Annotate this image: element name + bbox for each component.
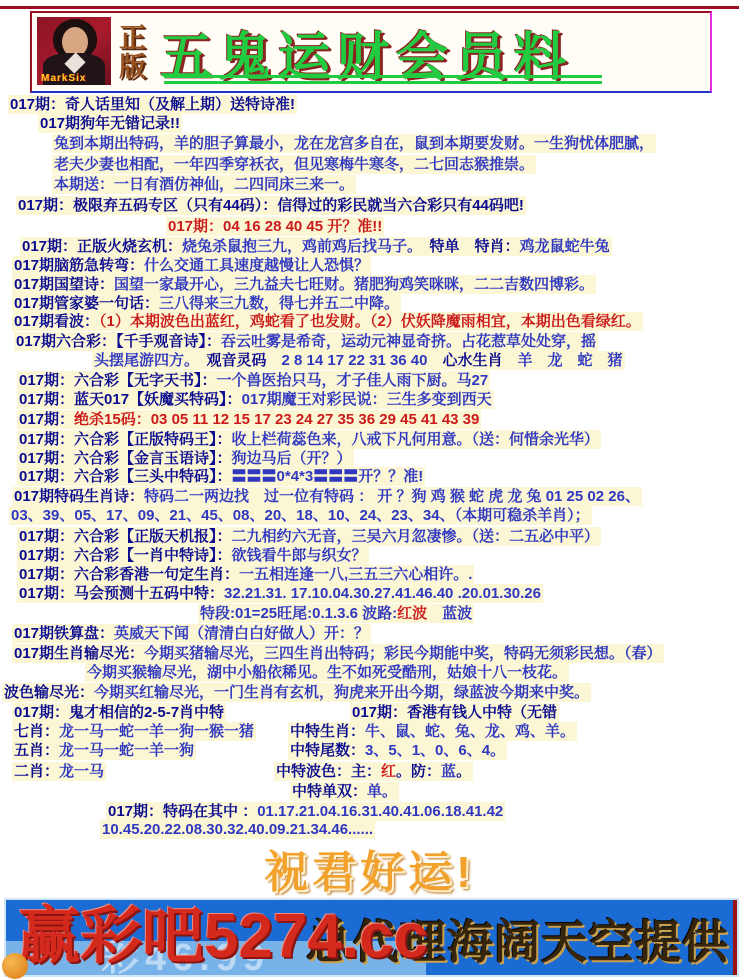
text-segment: 英威天下闻（清清白白好做人）开：？ (114, 625, 369, 642)
tips-text-block: 017期：奇人话里知（及解上期）送特诗准!017期狗年无错记录!!兔到本期出特码… (0, 0, 739, 979)
text-segment: 牛、鼠、蛇、兔、龙、鸡、羊。 (365, 723, 575, 740)
text-segment: 32.21.31. 17.10.04.30.27.41.46.40 .20.01… (224, 585, 541, 602)
text-segment: 017期：特码在其中 ： (108, 803, 257, 820)
text-segment: 欲钱看牛郎与织女？ (232, 547, 367, 564)
text-line: 017期特码生肖诗：特码二一两边找 过一位有特码 ： 开 ？狗 鸡 猴 蛇 虎 … (0, 487, 739, 507)
text-line: 017期：六合彩香港一句定生肖：一五相连逢一八,三五三六心相许。. (0, 565, 739, 585)
text-run: 017期：鬼才相信的2-5-7肖中特 (12, 703, 226, 722)
scanned-lottery-sheet: MarkSix 正版 五鬼运财会员料 017期：奇人话里知（及解上期）送特诗准!… (0, 0, 739, 979)
text-segment: 狗边马后（开？） (232, 450, 352, 467)
text-segment: 01.17.21.04.16.31.40.41.06.18.41.42 (257, 803, 503, 820)
text-segment: 。防： (396, 763, 441, 780)
text-segment: 头摆尾游四方。 (94, 352, 192, 369)
text-segment: 中特波色：主： (276, 763, 381, 780)
text-line: 头摆尾游四方。 观音灵码 2 8 14 17 22 31 36 40 心水生肖 … (0, 351, 739, 371)
text-run: 017期国望诗：国望一家最开心，三九益夫七旺财。猪肥狗鸡笑咪咪，二二吉数四博彩。 (12, 275, 596, 294)
text-run: 老夫少妻也相配，一年四季穿袄衣，但见寒梅牛寒冬，二七回志猴推崇。 (52, 155, 536, 174)
text-run: 兔到本期出特码，羊的胆子算最小，龙在龙宫多自在，鼠到本期要发财。一生狗忧体肥腻， (52, 134, 656, 153)
text-segment: 七肖： (14, 723, 59, 740)
text-segment: 017期：马会预测十五码中特： (19, 585, 224, 602)
text-run: 03、39、05、17、09、21、45、08、20、18、10、24、23、3… (9, 506, 592, 525)
banner-logo-fragment (2, 953, 28, 979)
bottom-banner: 彩46.99 总代理海阔天空提供 赢彩吧5274.cc (6, 900, 737, 975)
text-segment: 本期送：一日有酒仿神仙，二四同床三来一。 (54, 176, 354, 193)
text-line: 017期：六合彩【无字天书】：一个兽医抬只马，才子佳人雨下厨。马27 (0, 371, 739, 391)
text-segment: 老夫少妻也相配，一年四季穿袄衣，但见寒梅牛寒冬，二七回志猴推崇。 (54, 156, 534, 173)
text-line: 017期：绝杀15码：03 05 11 12 15 17 23 24 27 35… (0, 410, 739, 430)
text-run: 017期：六合彩【正版特码王】：收上栏荷蕊色来，八戒下凡何用意。（送：何惜余光华… (17, 430, 601, 449)
text-line: 017期铁算盘：英威天下闻（清清白白好做人）开：？ (0, 624, 739, 644)
text-segment: 中特生肖： (290, 723, 365, 740)
text-line: 兔到本期出特码，羊的胆子算最小，龙在龙宫多自在，鼠到本期要发财。一生狗忧体肥腻， (0, 134, 739, 154)
text-segment: 中特尾数： (290, 742, 365, 759)
text-segment: 。 (456, 763, 471, 780)
text-segment: 今期买猴输尽光，湖中小船依稀见。生不如死受酷刑，姑娘十八一枝花。 (87, 664, 567, 681)
text-run: 017期：极限弃五码专区（只有44码）：信得过的彩民就当六合彩只有44码吧! (16, 196, 526, 215)
text-segment: 二肖： (14, 763, 59, 780)
text-run: 中特单双：单。 (290, 782, 399, 801)
text-line: 017期：蓝天017【妖魔买特码】：017期魔王对彩民说：三生多变到西天 (0, 390, 739, 410)
text-segment: 今期买猪输尽光，三四生肖出特码；彩民今期能中奖，特码无须彩民想。（春） (144, 645, 662, 662)
text-segment: 二九相约六无音，三吴六月忽凄惨。（送：二五必中平） (232, 528, 600, 545)
text-segment: 龙一马一蛇一羊一狗 (59, 742, 194, 759)
text-segment: 三八得来三九数，得七并五二中降。 (159, 295, 399, 312)
text-segment: 一个兽医抬只马，才子佳人雨下厨。马27 (217, 372, 489, 389)
text-segment: 017期：鬼才相信的2-5-7肖中特 (14, 704, 224, 721)
text-line: 017期管家婆一句话：三八得来三九数，得七并五二中降。 (0, 294, 739, 314)
text-run: 017期六合彩：【千手观音诗】：吞云吐雾是希奇，运动元神显奇挤。占花惹草处处穿，… (14, 332, 598, 351)
text-segment: 观音灵码 (192, 352, 282, 369)
text-segment: 龙一马一蛇一羊一狗一猴一猪 (59, 723, 254, 740)
text-run: 017期：六合彩【正版天机报】：二九相约六无音，三吴六月忽凄惨。（送：二五必中平… (17, 527, 601, 546)
text-segment: 五肖： (14, 742, 59, 759)
text-run: 七肖：龙一马一蛇一羊一狗一猴一猪 (12, 722, 256, 741)
text-segment: 017期：六合彩【正版天机报】： (19, 528, 232, 545)
text-line: 017期：六合彩【正版特码王】：收上栏荷蕊色来，八戒下凡何用意。（送：何惜余光华… (0, 430, 739, 450)
text-run: 特段:01=25旺尾:0.1.3.6 波路:红波 蓝波 (198, 604, 474, 623)
text-segment: （1）本期波色出蓝红，鸡蛇看了也发财。（2）伏妖降魔雨相宜，本期出色看绿红。 (99, 313, 641, 330)
text-segment: 017期六合彩：【千手观音诗】： (16, 333, 221, 350)
text-segment: 017期：六合彩【一肖中特诗】： (19, 547, 232, 564)
text-segment: 017期生肖输尽光： (14, 645, 144, 662)
text-segment: 中特单双： (292, 783, 367, 800)
text-segment: 羊 龙 蛇 猪 (518, 352, 623, 369)
text-line: 017期国望诗：国望一家最开心，三九益夫七旺财。猪肥狗鸡笑咪咪，二二吉数四博彩。 (0, 275, 739, 295)
text-segment: 红 (381, 763, 396, 780)
text-line: 017期六合彩：【千手观音诗】：吞云吐雾是希奇，运动元神显奇挤。占花惹草处处穿，… (0, 332, 739, 352)
text-run: 017期：奇人话里知（及解上期）送特诗准! (8, 95, 297, 114)
text-line: 本期送：一日有酒仿神仙，二四同床三来一。 (0, 175, 739, 195)
text-run: 017期管家婆一句话：三八得来三九数，得七并五二中降。 (12, 294, 401, 313)
text-run: 017期：蓝天017【妖魔买特码】：017期魔王对彩民说：三生多变到西天 (17, 390, 494, 409)
text-segment: 017期：正版火烧玄机： (22, 238, 182, 255)
text-line: 017期：极限弃五码专区（只有44码）：信得过的彩民就当六合彩只有44码吧! (0, 196, 739, 216)
text-segment: 017期：六合彩【正版特码王】： (19, 431, 232, 448)
text-line: 017期：六合彩【金言玉语诗】：狗边马后（开？） (0, 449, 739, 469)
text-segment: 蓝 (441, 763, 456, 780)
text-segment: 波色输尽光： (4, 684, 94, 701)
text-segment: 蓝波 (427, 605, 472, 622)
text-segment: 〓〓〓0*4*3〓〓〓开？？准! (232, 468, 424, 485)
text-segment: 017期管家婆一句话： (14, 295, 159, 312)
text-run: 017期：特码在其中 ：01.17.21.04.16.31.40.41.06.1… (106, 802, 505, 821)
text-segment: 017期：六合彩【金言玉语诗】： (19, 450, 232, 467)
banner-site-overlay: 赢彩吧5274.cc (18, 886, 428, 975)
text-line: 017期：六合彩【一肖中特诗】：欲钱看牛郎与织女？ (0, 546, 739, 566)
text-run: 017期：六合彩【无字天书】：一个兽医抬只马，才子佳人雨下厨。马27 (17, 371, 490, 390)
text-segment: 特段:01=25旺尾:0.1.3.6 波路: (200, 605, 397, 622)
text-segment: 2 8 14 17 22 31 36 40 (282, 352, 428, 369)
text-segment: 收上栏荷蕊色来，八戒下凡何用意。（送：何惜余光华） (232, 431, 600, 448)
text-line: 017期：奇人话里知（及解上期）送特诗准! (0, 95, 739, 115)
text-line: 017期脑筋急转弯：什么交通工具速度越慢让人恐惧？ (0, 256, 739, 276)
text-line: 017期生肖输尽光：今期买猪输尽光，三四生肖出特码；彩民今期能中奖，特码无须彩民… (0, 644, 739, 664)
text-run: 波色输尽光：今期买红输尽光，一门生肖有玄机，狗虎来开出今期，绿蓝波今期来中奖。 (2, 683, 591, 702)
text-run: 五肖：龙一马一蛇一羊一狗 (12, 741, 196, 760)
text-run: 017期看波：（1）本期波色出蓝红，鸡蛇看了也发财。（2）伏妖降魔雨相宜，本期出… (12, 312, 643, 331)
text-line: 017期：六合彩【三头中特码】：〓〓〓0*4*3〓〓〓开？？准! (0, 467, 739, 487)
text-line: 017期：马会预测十五码中特：32.21.31. 17.10.04.30.27.… (0, 584, 739, 604)
text-line: 017期：特码在其中 ：01.17.21.04.16.31.40.41.06.1… (0, 802, 739, 822)
text-line: 017期：正版火烧玄机：烧兔杀鼠抱三九，鸡前鸡后找马子。 特单 特肖：鸡龙鼠蛇牛… (0, 237, 739, 257)
text-run: 017期：04 16 28 40 45 开？准!! (166, 217, 384, 236)
text-segment: 吞云吐雾是希奇，运动元神显奇挤。占花惹草处处穿，摇 (221, 333, 596, 350)
text-segment: 鸡龙鼠蛇牛兔 (520, 238, 610, 255)
text-line: 017期看波：（1）本期波色出蓝红，鸡蛇看了也发财。（2）伏妖降魔雨相宜，本期出… (0, 312, 739, 332)
text-line: 波色输尽光：今期买红输尽光，一门生肖有玄机，狗虎来开出今期，绿蓝波今期来中奖。 (0, 683, 739, 703)
text-segment: 龙一马 (59, 763, 104, 780)
text-segment: 017期：香港有钱人中特（无错 (352, 704, 557, 721)
text-line: 七肖：龙一马一蛇一羊一狗一猴一猪中特生肖：牛、鼠、蛇、兔、龙、鸡、羊。 (0, 722, 739, 742)
text-segment: 017期狗年无错记录!! (40, 115, 180, 132)
text-segment: 绝杀15码：03 05 11 12 15 17 23 24 27 35 36 2… (74, 411, 479, 428)
text-run: 中特尾数：3、5、1、0、6、4。 (288, 741, 507, 760)
text-line: 017期：04 16 28 40 45 开？准!! (0, 217, 739, 237)
text-segment: 017期特码生肖诗： (14, 488, 144, 505)
text-line: 03、39、05、17、09、21、45、08、20、18、10、24、23、3… (0, 506, 739, 526)
text-line: 017期：六合彩【正版天机报】：二九相约六无音，三吴六月忽凄惨。（送：二五必中平… (0, 527, 739, 547)
text-segment: 017期脑筋急转弯： (14, 257, 144, 274)
text-run: 017期：六合彩【金言玉语诗】：狗边马后（开？） (17, 449, 354, 468)
text-segment: 什么交通工具速度越慢让人恐惧？ (144, 257, 369, 274)
text-run: 017期：六合彩【一肖中特诗】：欲钱看牛郎与织女？ (17, 546, 369, 565)
text-segment: 单。 (367, 783, 397, 800)
text-segment: 017期国望诗： (14, 276, 114, 293)
text-segment: 017期：奇人话里知（及解上期）送特诗准! (10, 96, 295, 113)
text-segment: 3、5、1、0、6、4。 (365, 742, 505, 759)
text-segment: 017期看波： (14, 313, 99, 330)
text-segment: 心水生肖 (428, 352, 518, 369)
text-line: 017期狗年无错记录!! (0, 114, 739, 134)
text-run: 017期脑筋急转弯：什么交通工具速度越慢让人恐惧？ (12, 256, 371, 275)
text-segment: 017期：04 16 28 40 45 开？准!! (168, 218, 382, 235)
text-run: 017期：马会预测十五码中特：32.21.31. 17.10.04.30.27.… (17, 584, 543, 603)
text-line: 017期：鬼才相信的2-5-7肖中特017期：香港有钱人中特（无错 (0, 703, 739, 723)
text-segment: 017期： (19, 411, 74, 428)
text-line: 二肖：龙一马中特波色：主：红。防：蓝。 (0, 762, 739, 782)
text-segment: 一五相连逢一八,三五三六心相许。. (239, 566, 472, 583)
text-run: 017期：香港有钱人中特（无错 (350, 703, 559, 722)
text-run: 017期：六合彩【三头中特码】：〓〓〓0*4*3〓〓〓开？？准! (17, 467, 425, 486)
text-run: 017期狗年无错记录!! (38, 114, 182, 133)
text-line: 中特单双：单。 (0, 782, 739, 802)
text-segment: 017期铁算盘： (14, 625, 114, 642)
text-run: 017期：六合彩香港一句定生肖：一五相连逢一八,三五三六心相许。. (17, 565, 474, 584)
text-segment: 兔到本期出特码，羊的胆子算最小，龙在龙宫多自在，鼠到本期要发财。一生狗忧体肥腻， (54, 135, 654, 152)
text-segment: 017期：六合彩香港一句定生肖： (19, 566, 239, 583)
text-segment: 特码二一两边找 过一位有特码 ： 开 ？狗 鸡 猴 蛇 虎 龙 兔 01 25 … (144, 488, 640, 505)
text-line: 特段:01=25旺尾:0.1.3.6 波路:红波 蓝波 (0, 604, 739, 624)
text-run: 中特生肖：牛、鼠、蛇、兔、龙、鸡、羊。 (288, 722, 577, 741)
text-run: 017期生肖输尽光：今期买猪输尽光，三四生肖出特码；彩民今期能中奖，特码无须彩民… (12, 644, 664, 663)
text-run: 017期：正版火烧玄机：烧兔杀鼠抱三九，鸡前鸡后找马子。 特单 特肖：鸡龙鼠蛇牛… (20, 237, 612, 256)
text-run: 017期：绝杀15码：03 05 11 12 15 17 23 24 27 35… (17, 410, 481, 429)
text-run: 中特波色：主：红。防：蓝。 (274, 762, 473, 781)
text-segment: 特单 特肖： (415, 238, 520, 255)
text-run: 017期铁算盘：英威天下闻（清清白白好做人）开：？ (12, 624, 371, 643)
text-segment: 017期：蓝天017【妖魔买特码】： (19, 391, 242, 408)
text-segment: 国望一家最开心，三九益夫七旺财。猪肥狗鸡笑咪咪，二二吉数四博彩。 (114, 276, 594, 293)
text-run: 今期买猴输尽光，湖中小船依稀见。生不如死受酷刑，姑娘十八一枝花。 (85, 663, 569, 682)
text-segment: 017期：六合彩【无字天书】： (19, 372, 217, 389)
text-segment: 今期买红输尽光，一门生肖有玄机，狗虎来开出今期，绿蓝波今期来中奖。 (94, 684, 589, 701)
text-segment: 017期魔王对彩民说：三生多变到西天 (242, 391, 492, 408)
text-segment: 红波 (397, 605, 427, 622)
text-segment: 017期：六合彩【三头中特码】： (19, 468, 232, 485)
text-line: 老夫少妻也相配，一年四季穿袄衣，但见寒梅牛寒冬，二七回志猴推崇。 (0, 155, 739, 175)
text-segment: 03、39、05、17、09、21、45、08、20、18、10、24、23、3… (11, 507, 590, 524)
text-run: 017期特码生肖诗：特码二一两边找 过一位有特码 ： 开 ？狗 鸡 猴 蛇 虎 … (12, 487, 642, 506)
text-segment: 017期：极限弃五码专区（只有44码）：信得过的彩民就当六合彩只有44码吧! (18, 197, 524, 214)
text-run: 本期送：一日有酒仿神仙，二四同床三来一。 (52, 175, 356, 194)
text-line: 今期买猴输尽光，湖中小船依稀见。生不如死受酷刑，姑娘十八一枝花。 (0, 663, 739, 683)
text-run: 头摆尾游四方。 观音灵码 2 8 14 17 22 31 36 40 心水生肖 … (92, 351, 625, 370)
text-run: 二肖：龙一马 (12, 762, 106, 781)
text-line: 五肖：龙一马一蛇一羊一狗中特尾数：3、5、1、0、6、4。 (0, 741, 739, 761)
text-segment: 烧兔杀鼠抱三九，鸡前鸡后找马子。 (182, 238, 415, 255)
